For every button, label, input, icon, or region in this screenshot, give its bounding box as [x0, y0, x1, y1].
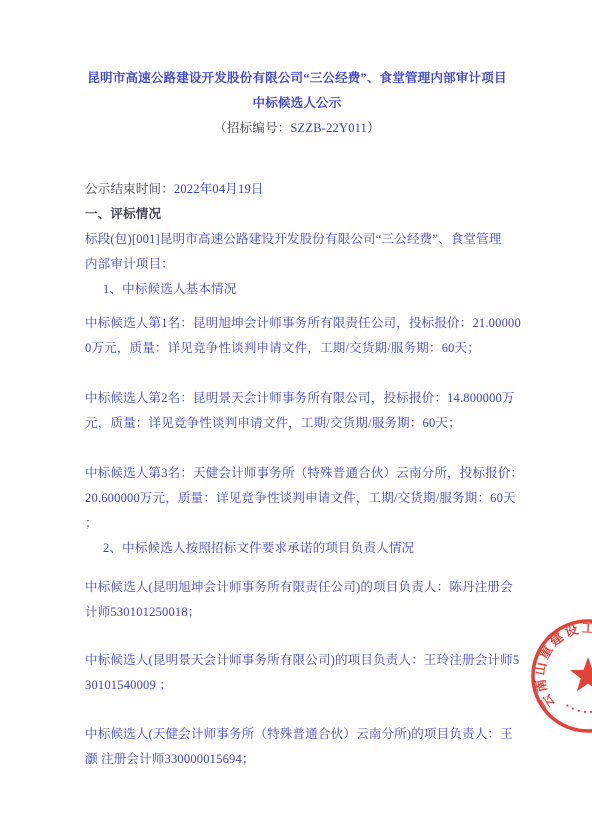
text-segment: 标段(包)[001]昆明市高速公路建设开发股份有限公司“三公经费”、食堂管理	[85, 232, 502, 246]
manager-3-line-1: 中标候选人(天健会计师事务所（特殊普通合伙）云南分所)的项目负责人：王	[85, 722, 509, 747]
lot-line-2: 内部审计项目：	[85, 252, 509, 277]
text-segment: 元，质量：详见竞争性谈判申请文件，工期/交货期/服务期：60天；	[85, 416, 461, 430]
text-segment: 中标候选人(天健会计师事务所（特殊普通合伙）云南分所)的项目负责人：王	[85, 727, 513, 741]
text-segment: 2、中标候选人按照招标文件要求承诺的项目负责人情况	[103, 541, 414, 555]
manager-3-line-2: 灏 注册会计师330000015694；	[85, 747, 509, 772]
seal-star-icon	[570, 657, 592, 691]
doc-title-line-1: 昆明市高速公路建设开发股份有限公司“三公经费”、食堂管理内部审计项目	[85, 66, 509, 91]
text-segment: 20.600000万元，质量：详见竞争性谈判申请文件，工期/交货期/服务期：60…	[85, 491, 516, 505]
text-segment: 计师530101250018；	[85, 605, 201, 619]
text-segment: 中标候选人(昆明旭坤会计师事务所有限责任公司)的项目负责人：陈丹注册会	[85, 580, 513, 594]
text-segment: ）	[367, 121, 380, 135]
text-segment: 中标候选人第1名：昆明旭坤会计师事务所有限责任公司，投标报价：21.00000	[85, 316, 521, 330]
document-page: 昆明市高速公路建设开发股份有限公司“三公经费”、食堂管理内部审计项目中标候选人公…	[0, 0, 592, 837]
text-segment: SZZB-22Y011	[290, 121, 367, 135]
seal-outer-ring	[533, 621, 592, 731]
text-segment: 昆明市高速公路建设开发股份有限公司“三公经费”、食堂管理内部审计项目	[87, 71, 506, 85]
text-segment: 中标候选人第2名：昆明景天会计师事务所有限公司，投标报价：14.800000万	[85, 391, 515, 405]
seal-ring-text: 云南山重建设工程	[532, 620, 592, 711]
seal-serial-dots	[566, 704, 592, 713]
text-segment: ；	[85, 516, 98, 530]
candidate-2-line-2: 元，质量：详见竞争性谈判申请文件，工期/交货期/服务期：60天；	[85, 411, 509, 436]
candidate-2-line-1: 中标候选人第2名：昆明景天会计师事务所有限公司，投标报价：14.800000万	[85, 386, 509, 411]
document-body: 昆明市高速公路建设开发股份有限公司“三公经费”、食堂管理内部审计项目中标候选人公…	[85, 66, 509, 772]
text-segment: 2022年04月19日	[174, 182, 264, 196]
candidate-1-line-2: 0万元，质量：详见竞争性谈判申请文件，工期/交货期/服务期：60天；	[85, 336, 509, 361]
manager-1-line-1: 中标候选人(昆明旭坤会计师事务所有限责任公司)的项目负责人：陈丹注册会	[85, 575, 509, 600]
text-segment: 30101540009 ；	[85, 678, 172, 692]
seal-svg: 云南山重建设工程	[526, 614, 592, 748]
text-segment: 灏 注册会计师330000015694；	[85, 752, 255, 766]
candidate-1-line-1: 中标候选人第1名：昆明旭坤会计师事务所有限责任公司，投标报价：21.00000	[85, 311, 509, 336]
publicity-end-line: 公示结束时间：2022年04月19日	[85, 177, 509, 202]
text-segment: 中标候选人公示	[253, 96, 342, 110]
text-segment: 内部审计项目：	[85, 257, 174, 271]
text-segment: 一、评标情况	[85, 207, 161, 221]
tender-number-line: （招标编号：SZZB-22Y011）	[85, 116, 509, 141]
text-segment: 中标候选人第3名：天健会计师事务所（特殊普通合伙）云南分所，投标报价：	[85, 466, 523, 480]
subsection-2-heading: 2、中标候选人按照招标文件要求承诺的项目负责人情况	[85, 536, 509, 561]
company-seal-stamp: 云南山重建设工程	[526, 614, 592, 748]
text-segment: 公示结束时间：	[85, 182, 174, 196]
manager-1-line-2: 计师530101250018；	[85, 600, 509, 625]
manager-2-line-2: 30101540009 ；	[85, 673, 509, 698]
manager-2-line-1: 中标候选人(昆明景天会计师事务所有限公司)的项目负责人：王玲注册会计师5	[85, 648, 509, 673]
subsection-1-heading: 1、中标候选人基本情况	[85, 277, 509, 302]
lot-line-1: 标段(包)[001]昆明市高速公路建设开发股份有限公司“三公经费”、食堂管理	[85, 227, 509, 252]
section-1-heading: 一、评标情况	[85, 202, 509, 227]
svg-text:云南山重建设工程: 云南山重建设工程	[532, 620, 592, 711]
candidate-3-line-1: 中标候选人第3名：天健会计师事务所（特殊普通合伙）云南分所，投标报价：	[85, 461, 509, 486]
text-segment: 0万元，质量：详见竞争性谈判申请文件，工期/交货期/服务期：60天；	[85, 341, 480, 355]
text-segment: （招标编号：	[214, 121, 290, 135]
candidate-3-line-3: ；	[85, 511, 509, 536]
doc-title-line-2: 中标候选人公示	[85, 91, 509, 116]
candidate-3-line-2: 20.600000万元，质量：详见竞争性谈判申请文件，工期/交货期/服务期：60…	[85, 486, 509, 511]
text-segment: 1、中标候选人基本情况	[103, 282, 236, 296]
text-segment: 中标候选人(昆明景天会计师事务所有限公司)的项目负责人：王玲注册会计师5	[85, 653, 519, 667]
